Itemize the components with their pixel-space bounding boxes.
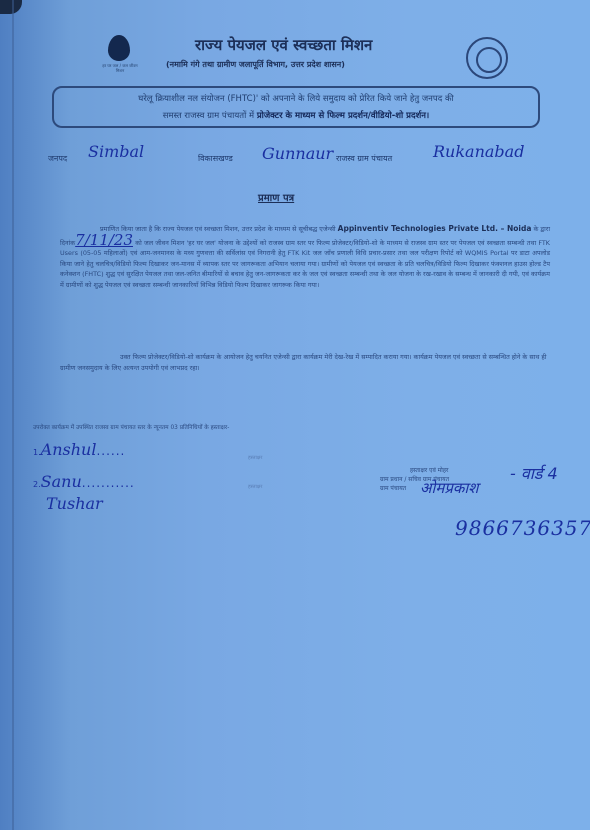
document-title: राज्य पेयजल एवं स्वच्छता मिशन	[195, 35, 372, 55]
photo-corner-shadow	[0, 0, 22, 14]
water-drop-tap-icon	[108, 35, 130, 61]
signature-1: 1.Anshul......	[33, 440, 125, 459]
banner-line-2: समस्त राजस्व ग्राम पंचायतों में प्रोजेक्…	[54, 108, 538, 125]
logo-caption: हर घर जल / जल जीवन मिशन	[100, 63, 140, 73]
agency-name: Appinventiv Technologies Private Ltd. – …	[338, 224, 532, 233]
program-date: 7/11/23	[75, 231, 133, 249]
jal-jeevan-mission-logo: हर घर जल / जल जीवन मिशन	[100, 35, 140, 83]
faint-mark: हस्ताक्षर	[248, 455, 262, 461]
banner-line-1: घरेलू क्रियाशील नल संयोजन (FHTC)' को अपन…	[54, 91, 538, 108]
ward-note: - वार्ड 4	[510, 462, 558, 484]
district-label: जनपद	[48, 153, 67, 164]
signature-2: 2.Sanu...........	[33, 472, 135, 491]
certificate-paragraph-1: प्रमाणित किया जाता है कि राज्य पेयजल एवं…	[60, 224, 550, 290]
document-header: हर घर जल / जल जीवन मिशन राज्य पेयजल एवं …	[100, 35, 520, 85]
program-banner: घरेलू क्रियाशील नल संयोजन (FHTC)' को अपन…	[52, 86, 540, 128]
banner-highlight: प्रोजेक्टर के माध्यम से फिल्म प्रदर्शन/व…	[257, 111, 429, 121]
signature-3: Tushar	[46, 494, 103, 513]
block-value: Gunnaur	[262, 144, 333, 163]
certificate-paragraph-2: उक्त फिल्म प्रोजेक्टर/विडियो-शो कार्यक्र…	[60, 352, 550, 374]
page-edge	[12, 0, 14, 830]
block-label: विकासखण्ड	[198, 153, 233, 164]
panchayat-label: राजस्व ग्राम पंचायत	[336, 153, 392, 164]
signature-name: Anshul	[41, 440, 97, 459]
signatures-intro: उपरोक्त कार्यक्रम में उपस्थित राजस्व ग्र…	[33, 424, 333, 433]
document-subtitle: (नमामि गंगे तथा ग्रामीण जलापूर्ति विभाग,…	[166, 59, 345, 70]
pradhan-signature: ओमप्रकाश	[420, 478, 478, 498]
phone-number: 9866736357	[455, 516, 590, 540]
signature-name: Sanu	[41, 472, 82, 491]
up-govt-emblem-icon	[466, 37, 508, 79]
district-value: Simbal	[88, 142, 144, 161]
faint-mark: हस्ताक्षर	[248, 484, 262, 490]
certificate-title: प्रमाण पत्र	[258, 190, 294, 204]
panchayat-value: Rukanabad	[433, 142, 524, 161]
location-fields: जनपद Simbal विकासखण्ड Gunnaur राजस्व ग्र…	[48, 146, 578, 170]
